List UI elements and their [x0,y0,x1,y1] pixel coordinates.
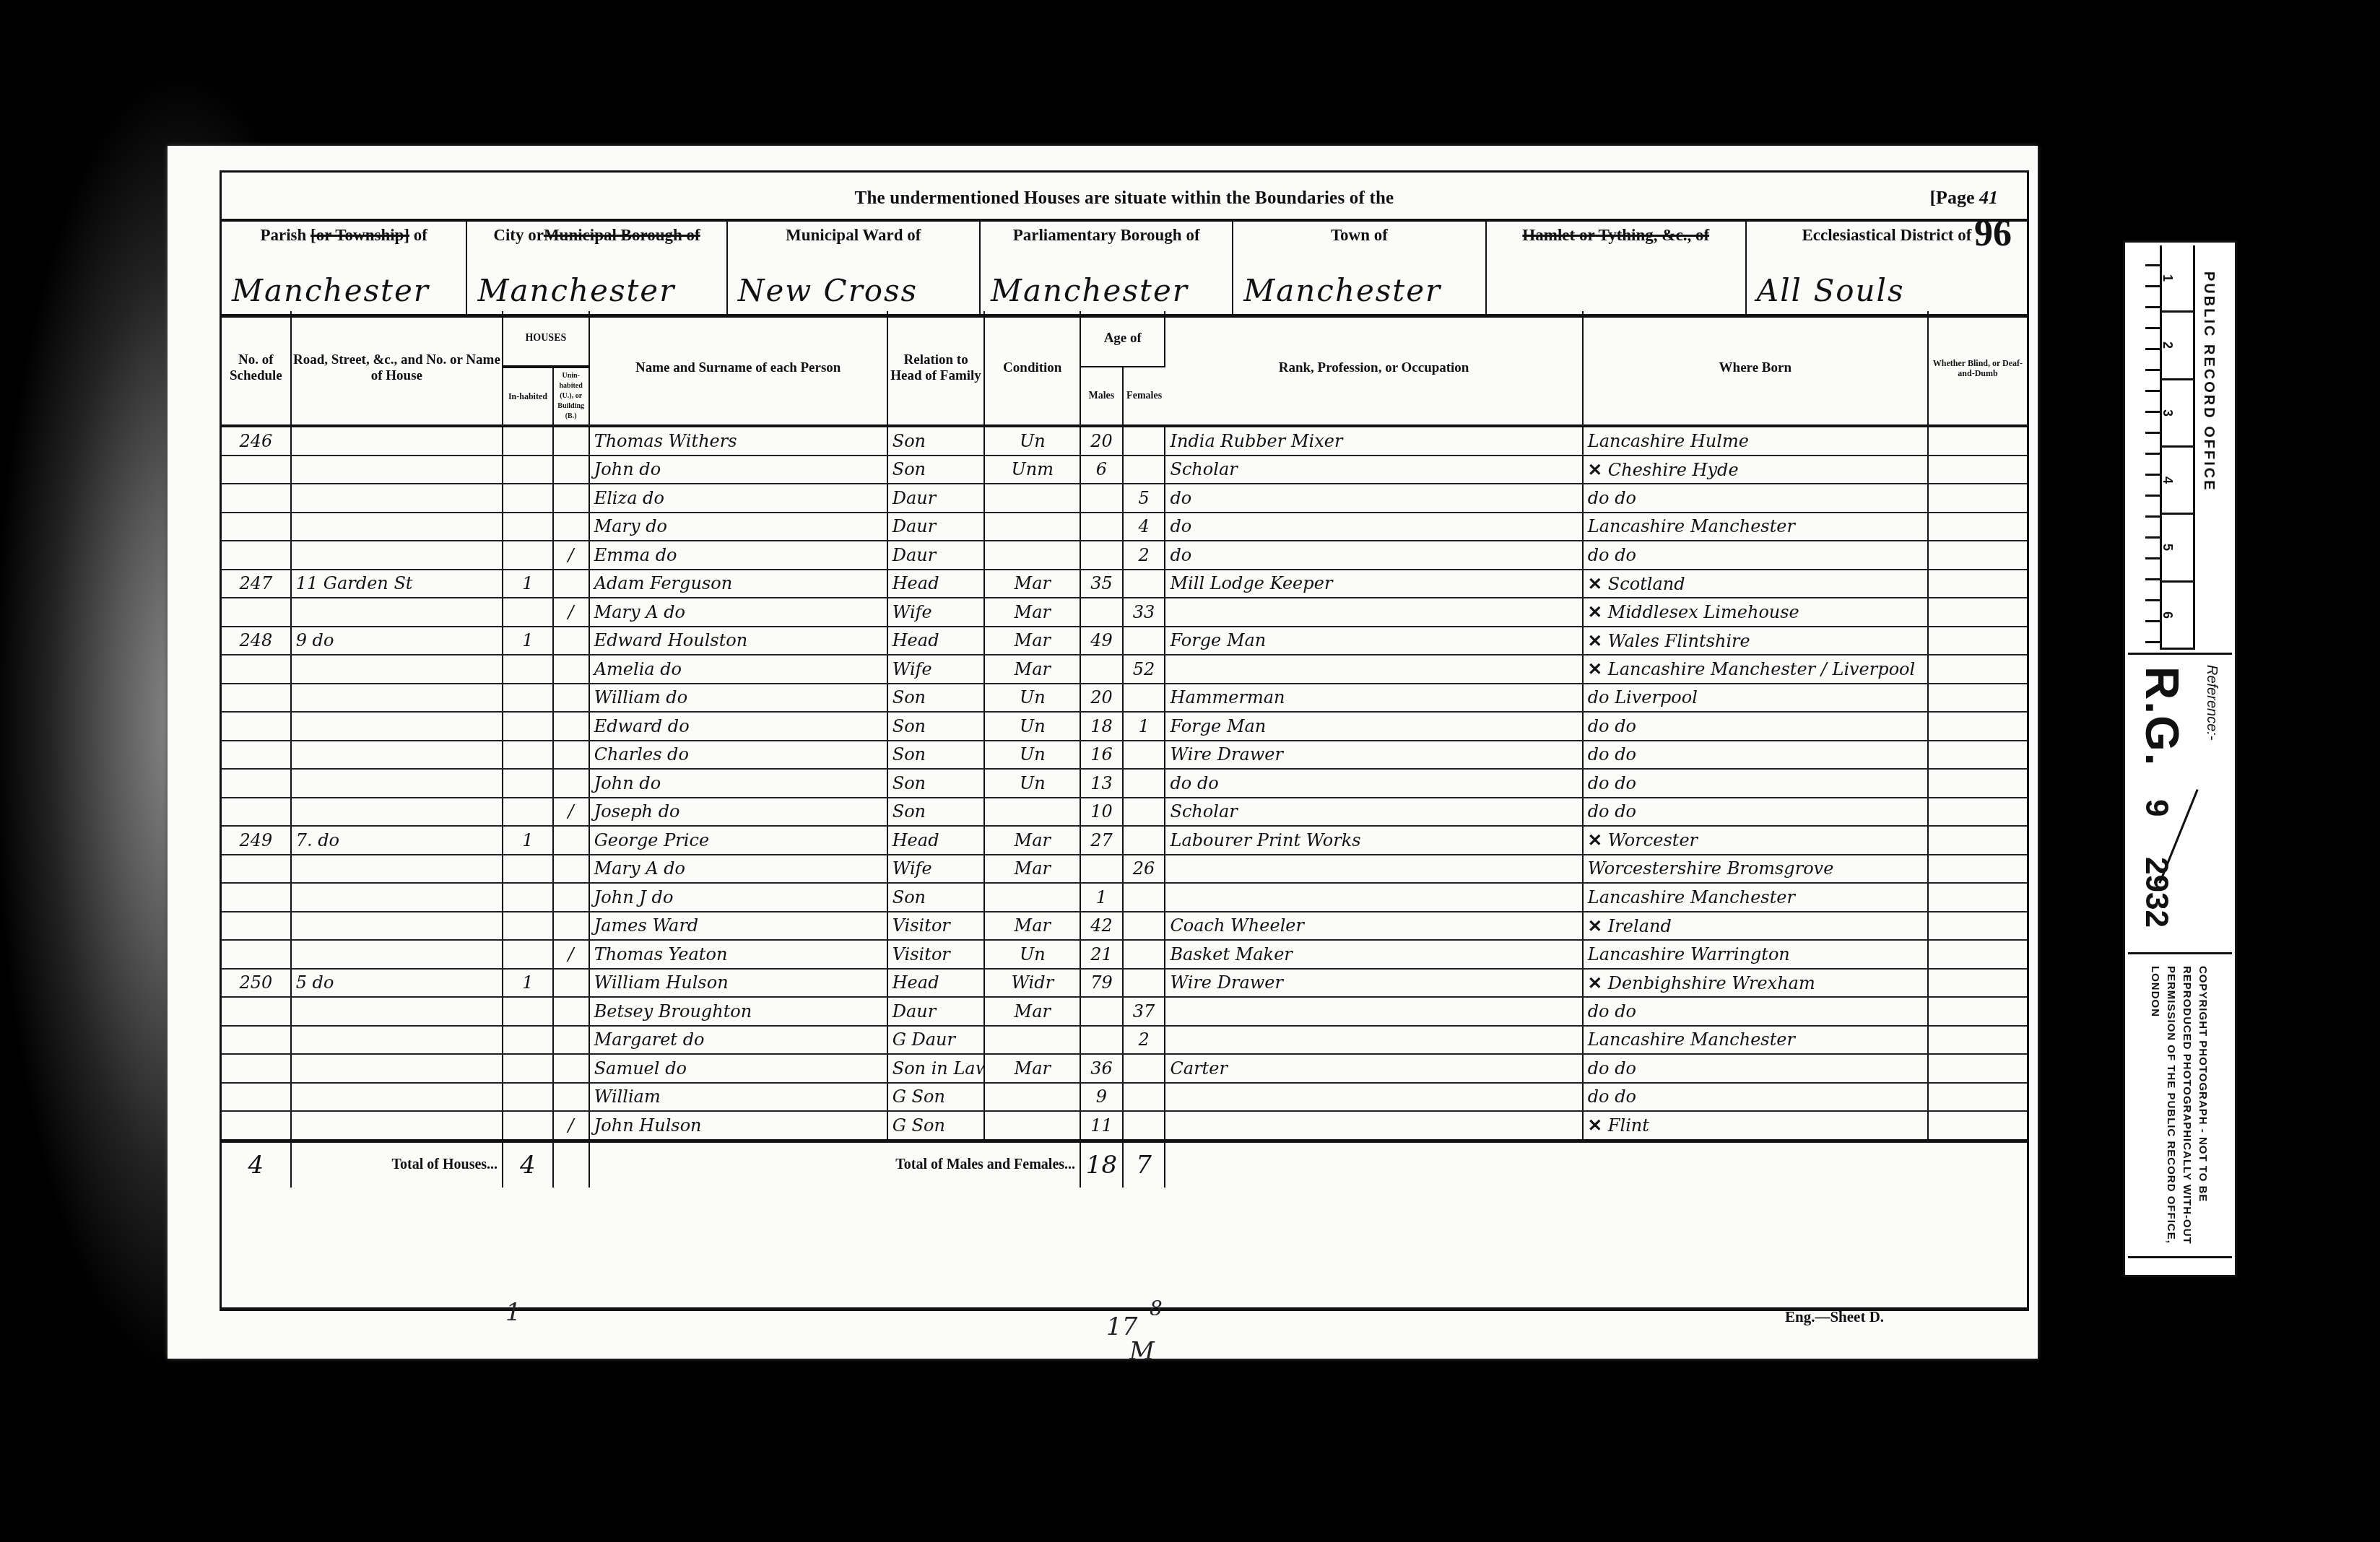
birthplace: do do [1583,1054,1928,1083]
blind-deaf [1928,826,2027,855]
relation: Son [887,883,985,912]
census-row: Samuel doSon in LawMar36Carterdo do [222,1054,2027,1083]
scale-numbers: 123456 [2160,245,2195,650]
schedule-number [222,484,291,513]
person-name-text: Samuel do [594,1058,687,1079]
inhabited [503,1054,553,1083]
relation-text: Son [892,773,926,793]
schedule-number [222,769,291,798]
relation: Daur [887,541,985,570]
address [291,684,503,713]
condition-text: Mar [1015,915,1051,936]
col-blind: Whether Blind, or Deaf-and-Dumb [1928,311,2027,426]
condition: Unm [984,456,1080,484]
birthplace: ✕Cheshire Hyde [1583,456,1928,484]
census-row: Charles doSonUn16Wire Drawerdo do [222,741,2027,770]
inhabited [503,598,553,627]
office-label: PUBLIC RECORD OFFICE [2200,271,2217,492]
relation-text: Visitor [892,915,950,936]
page-label: [Page [1929,187,1974,208]
col-age: Age of [1080,311,1165,367]
blind-deaf [1928,969,2027,998]
birthplace-text: do do [1588,801,1636,822]
occupation [1165,1083,1582,1112]
page-number: [Page 41 [1929,187,1998,209]
piece-number: 2932 [2138,857,2174,928]
schedule-number [222,513,291,541]
inhabited-text: 1 [522,630,533,650]
scale-mark: 6 [2160,583,2193,650]
cross-mark-icon: ✕ [1588,829,1602,850]
address-text: 9 do [296,630,334,650]
copyright-box: COPYRIGHT PHOTOGRAPH - NOT TO BE REPRODU… [2128,953,2232,1258]
uninhabited [553,513,589,541]
age-female [1123,883,1165,912]
relation-text: Son [892,887,926,907]
cross-mark-icon: ✕ [1588,915,1602,936]
age-male [1080,855,1123,884]
person-name: William Hulson [589,969,887,998]
uninhabited: / [553,598,589,627]
relation: Wife [887,855,985,884]
col-condition: Condition [984,311,1080,426]
birthplace-text: do do [1588,545,1636,565]
blind-deaf [1928,1054,2027,1083]
address: 9 do [291,627,503,655]
schedule-number [222,883,291,912]
birthplace: ✕Denbighshire Wrexham [1583,969,1928,998]
occupation [1165,1026,1582,1055]
address-text: 5 do [296,972,334,993]
relation-text: Son [892,431,926,451]
blind-deaf [1928,456,2027,484]
person-name: William do [589,684,887,713]
person-name: Eliza do [589,484,887,513]
relation-text: Head [892,573,939,593]
occupation: Scholar [1165,456,1582,484]
occupation-text: Forge Man [1170,630,1266,650]
relation: G Son [887,1111,985,1141]
census-row: Mary doDaur4doLancashire Manchester [222,513,2027,541]
occupation: Scholar [1165,798,1582,827]
person-name-text: Margaret do [594,1029,705,1050]
relation: Wife [887,598,985,627]
blind-deaf [1928,798,2027,827]
blind-deaf [1928,541,2027,570]
cross-mark-icon: ✕ [1588,459,1602,480]
inhabited-text: 1 [522,830,533,850]
uninhabited: / [553,798,589,827]
birthplace: do Liverpool [1583,684,1928,713]
blind-deaf [1928,627,2027,655]
census-row: /Emma doDaur2dodo do [222,541,2027,570]
person-name: James Ward [589,912,887,941]
relation-text: Son in Law [892,1058,985,1079]
person-name-text: Mary do [594,516,667,536]
occupation-text: Basket Maker [1170,944,1292,964]
occupation-text: Wire Drawer [1170,744,1282,765]
census-row: WilliamG Son9do do [222,1083,2027,1112]
relation: Head [887,969,985,998]
blind-deaf [1928,598,2027,627]
uninhabited [553,769,589,798]
person-name-text: Joseph do [594,801,680,822]
relation-text: Head [892,972,939,993]
boundary-label: Parliamentary Borough of [981,226,1232,245]
reference-label: Reference:- [2203,665,2220,741]
age-male [1080,513,1123,541]
inhabited [503,912,553,941]
uninhabited: / [553,541,589,570]
occupation-text: do do [1170,773,1218,793]
birthplace-text: Middlesex Limehouse [1608,602,1799,622]
person-name: William [589,1083,887,1112]
uninhabited: / [553,940,589,969]
boundary-label: Parish [or Township] of [222,226,466,245]
address [291,741,503,770]
schedule-number [222,541,291,570]
address-text: 7. do [296,830,339,850]
birthplace: ✕Wales Flintshire [1583,627,1928,655]
person-name: John do [589,456,887,484]
blind-deaf [1928,883,2027,912]
person-name-text: Amelia do [594,659,682,679]
address: 11 Garden St [291,570,503,598]
uninhabited-text: / [568,602,574,622]
inhabited [503,741,553,770]
relation: Son [887,798,985,827]
boundary-value: All Souls [1757,273,1905,308]
boundary-cell: Municipal Ward ofNew Cross [728,222,981,314]
col-occupation: Rank, Profession, or Occupation [1165,311,1582,426]
occupation-text: Mill Lodge Keeper [1170,573,1332,593]
schedule-number [222,1026,291,1055]
person-name: John J do [589,883,887,912]
blind-deaf [1928,997,2027,1026]
blind-deaf [1928,1083,2027,1112]
age-male: 6 [1080,456,1123,484]
schedule-number [222,940,291,969]
age-male-text: 79 [1090,972,1113,993]
boundary-label: City orMunicipal Borough of [467,226,726,245]
col-name: Name and Surname of each Person [589,311,887,426]
schedule-number [222,1083,291,1112]
occupation: Labourer Print Works [1165,826,1582,855]
person-name-text: James Ward [594,915,699,936]
age-female: 2 [1123,541,1165,570]
age-male: 35 [1080,570,1123,598]
birthplace-text: Worcestershire Bromsgrove [1588,858,1834,879]
birthplace-text: Lancashire Manchester [1588,887,1795,907]
blind-deaf [1928,513,2027,541]
condition-text: Widr [1011,972,1054,993]
condition: Mar [984,1054,1080,1083]
cross-mark-icon: ✕ [1588,1115,1602,1136]
occupation: do do [1165,769,1582,798]
uninhabited [553,883,589,912]
uninhabited [553,1083,589,1112]
condition-text: Un [1020,431,1046,451]
relation: Son [887,456,985,484]
condition-text: Mar [1015,659,1051,679]
address [291,1026,503,1055]
condition [984,1026,1080,1055]
col-inhabited: In-habited [503,367,553,426]
address: 5 do [291,969,503,998]
birthplace: do do [1583,798,1928,827]
age-female: 33 [1123,598,1165,627]
birthplace-text: Lancashire Manchester / Liverpool [1608,659,1915,679]
total-blank [553,1141,589,1188]
census-row: /Mary A doWifeMar33✕Middlesex Limehouse [222,598,2027,627]
scale-mark: 2 [2160,313,2193,380]
condition: Mar [984,855,1080,884]
person-name-text: John Hulson [594,1115,702,1136]
inhabited [503,769,553,798]
birthplace: Lancashire Manchester [1583,883,1928,912]
col-relation: Relation to Head of Family [887,311,985,426]
age-male: 79 [1080,969,1123,998]
age-male-text: 36 [1090,1058,1113,1079]
boundary-value: Manchester [991,273,1189,308]
condition: Mar [984,598,1080,627]
schedule-number [222,456,291,484]
age-male: 27 [1080,826,1123,855]
occupation-text: Forge Man [1170,716,1266,736]
occupation-text: do [1170,516,1191,536]
age-female [1123,912,1165,941]
relation-text: Daur [892,545,936,565]
address [291,883,503,912]
age-male [1080,1026,1123,1055]
occupation-text: Carter [1170,1058,1227,1079]
birthplace-text: Wales Flintshire [1608,631,1750,651]
age-female-text: 2 [1138,545,1149,565]
census-table-wrap: No. of Schedule Road, Street, &c., and N… [222,311,2027,1307]
census-row: Amelia doWifeMar52✕Lancashire Manchester… [222,655,2027,684]
address [291,1111,503,1141]
occupation-text: Scholar [1170,459,1237,479]
census-row: 2505 do1William HulsonHeadWidr79Wire Dra… [222,969,2027,998]
col-born: Where Born [1583,311,1928,426]
person-name: Betsey Broughton [589,997,887,1026]
condition [984,883,1080,912]
age-female [1123,1111,1165,1141]
person-name: Adam Ferguson [589,570,887,598]
age-male-text: 18 [1090,716,1113,736]
scale-mark: 5 [2160,515,2193,582]
condition: Un [984,426,1080,456]
occupation [1165,598,1582,627]
relation-text: Son [892,687,926,707]
occupation-text: do [1170,545,1191,565]
occupation: Hammerman [1165,684,1582,713]
condition-text: Mar [1015,573,1051,593]
uninhabited [553,855,589,884]
blind-deaf [1928,1111,2027,1141]
address [291,541,503,570]
birthplace: Lancashire Hulme [1583,426,1928,456]
birthplace: do do [1583,997,1928,1026]
inhabited [503,513,553,541]
uninhabited [553,741,589,770]
relation: G Son [887,1083,985,1112]
relation: Head [887,826,985,855]
blind-deaf [1928,655,2027,684]
birthplace: Lancashire Warrington [1583,940,1928,969]
condition: Un [984,741,1080,770]
relation: Son [887,684,985,713]
blind-deaf [1928,426,2027,456]
boundary-cell: Town ofManchester [1233,222,1486,314]
census-form: The undermentioned Houses are situate wi… [220,170,2029,1311]
scale-mark: 4 [2160,448,2193,515]
person-name-text: Charles do [594,744,689,765]
inhabited [503,798,553,827]
inhabited [503,883,553,912]
age-female: 37 [1123,997,1165,1026]
census-row: Eliza doDaur5dodo do [222,484,2027,513]
person-name: John Hulson [589,1111,887,1141]
schedule-number-text: 250 [239,972,272,993]
occupation-text: Labourer Print Works [1170,830,1360,850]
occupation-text: do [1170,488,1191,508]
condition [984,484,1080,513]
birthplace-text: do do [1588,716,1636,736]
birthplace: ✕Flint [1583,1111,1928,1141]
age-male-text: 1 [1096,887,1107,907]
age-female [1123,940,1165,969]
age-male: 11 [1080,1111,1123,1141]
age-female [1123,969,1165,998]
condition: Widr [984,969,1080,998]
person-name: Edward Houlston [589,627,887,655]
schedule-number [222,655,291,684]
scale-mark: 3 [2160,380,2193,448]
birthplace: do do [1583,769,1928,798]
schedule-number [222,684,291,713]
occupation-text: India Rubber Mixer [1170,431,1342,451]
schedule-number-text: 246 [239,431,272,451]
birthplace: Lancashire Manchester [1583,513,1928,541]
age-male [1080,598,1123,627]
age-male-text: 20 [1090,431,1113,451]
census-row: Margaret doG Daur2Lancashire Manchester [222,1026,2027,1055]
boundary-label: Town of [1233,226,1485,245]
age-female-text: 2 [1138,1029,1149,1050]
inhabited-text: 1 [522,573,533,593]
occupation: Forge Man [1165,627,1582,655]
birthplace-text: do do [1588,1086,1636,1107]
relation: Head [887,627,985,655]
age-female-text: 4 [1138,516,1149,536]
totals-row: 4 Total of Houses... 4 Total of Males an… [222,1141,2027,1188]
relation-text: Head [892,830,939,850]
birthplace: do do [1583,484,1928,513]
condition: Mar [984,997,1080,1026]
age-male: 10 [1080,798,1123,827]
person-name: Margaret do [589,1026,887,1055]
total-males: 18 [1080,1141,1123,1188]
total-blank-right [1165,1141,2027,1188]
uninhabited-text: / [568,944,574,964]
occupation: Wire Drawer [1165,741,1582,770]
census-row: /John HulsonG Son11✕Flint [222,1111,2027,1141]
birthplace-text: do do [1588,1058,1636,1079]
condition-text: Mar [1015,858,1051,879]
relation-text: Wife [892,659,932,679]
relation: Daur [887,997,985,1026]
condition: Un [984,940,1080,969]
birthplace-text: do do [1588,773,1636,793]
cross-mark-icon: ✕ [1588,573,1602,594]
occupation: Wire Drawer [1165,969,1582,998]
schedule-number [222,1111,291,1141]
occupation [1165,883,1582,912]
inhabited [503,426,553,456]
age-male-text: 20 [1090,687,1113,707]
uninhabited [553,426,589,456]
uninhabited [553,684,589,713]
schedule-number [222,855,291,884]
schedule-number [222,798,291,827]
condition-text: Mar [1015,1001,1051,1022]
census-row: 2497. do1George PriceHeadMar27Labourer P… [222,826,2027,855]
birthplace: ✕Scotland [1583,570,1928,598]
occupation: India Rubber Mixer [1165,426,1582,456]
person-name: Mary A do [589,598,887,627]
age-female [1123,826,1165,855]
inhabited [503,484,553,513]
uninhabited [553,570,589,598]
condition-text: Unm [1012,459,1054,479]
relation-text: G Daur [892,1029,955,1050]
ruler-scale [2128,245,2162,650]
relation-text: Son [892,744,926,765]
person-name-text: Edward Houlston [594,630,748,650]
schedule-number [222,741,291,770]
age-male-text: 9 [1096,1086,1107,1107]
cross-mark-icon: ✕ [1588,658,1602,679]
address [291,798,503,827]
birthplace-text: Cheshire Hyde [1608,460,1739,480]
blind-deaf [1928,855,2027,884]
age-male-text: 6 [1096,459,1107,479]
address [291,855,503,884]
inhabited [503,655,553,684]
blind-deaf [1928,684,2027,713]
census-row: Edward doSonUn181Forge Mando do [222,712,2027,741]
person-name-text: Eliza do [594,488,664,508]
blind-deaf [1928,570,2027,598]
condition-text: Mar [1015,630,1051,650]
relation: Daur [887,484,985,513]
col-uninhabited: Unin-habited (U.), or Building (B.) [553,367,589,426]
age-male-text: 13 [1090,773,1113,793]
age-male: 9 [1080,1083,1123,1112]
inhabited [503,712,553,741]
total-houses-label: Total of Houses... [291,1141,503,1188]
inhabited: 1 [503,969,553,998]
person-name: Samuel do [589,1054,887,1083]
uninhabited [553,456,589,484]
col-males: Males [1080,367,1123,426]
person-name-text: Adam Ferguson [594,573,732,593]
occupation: do [1165,541,1582,570]
condition: Mar [984,655,1080,684]
relation-text: Son [892,801,926,822]
relation: G Daur [887,1026,985,1055]
